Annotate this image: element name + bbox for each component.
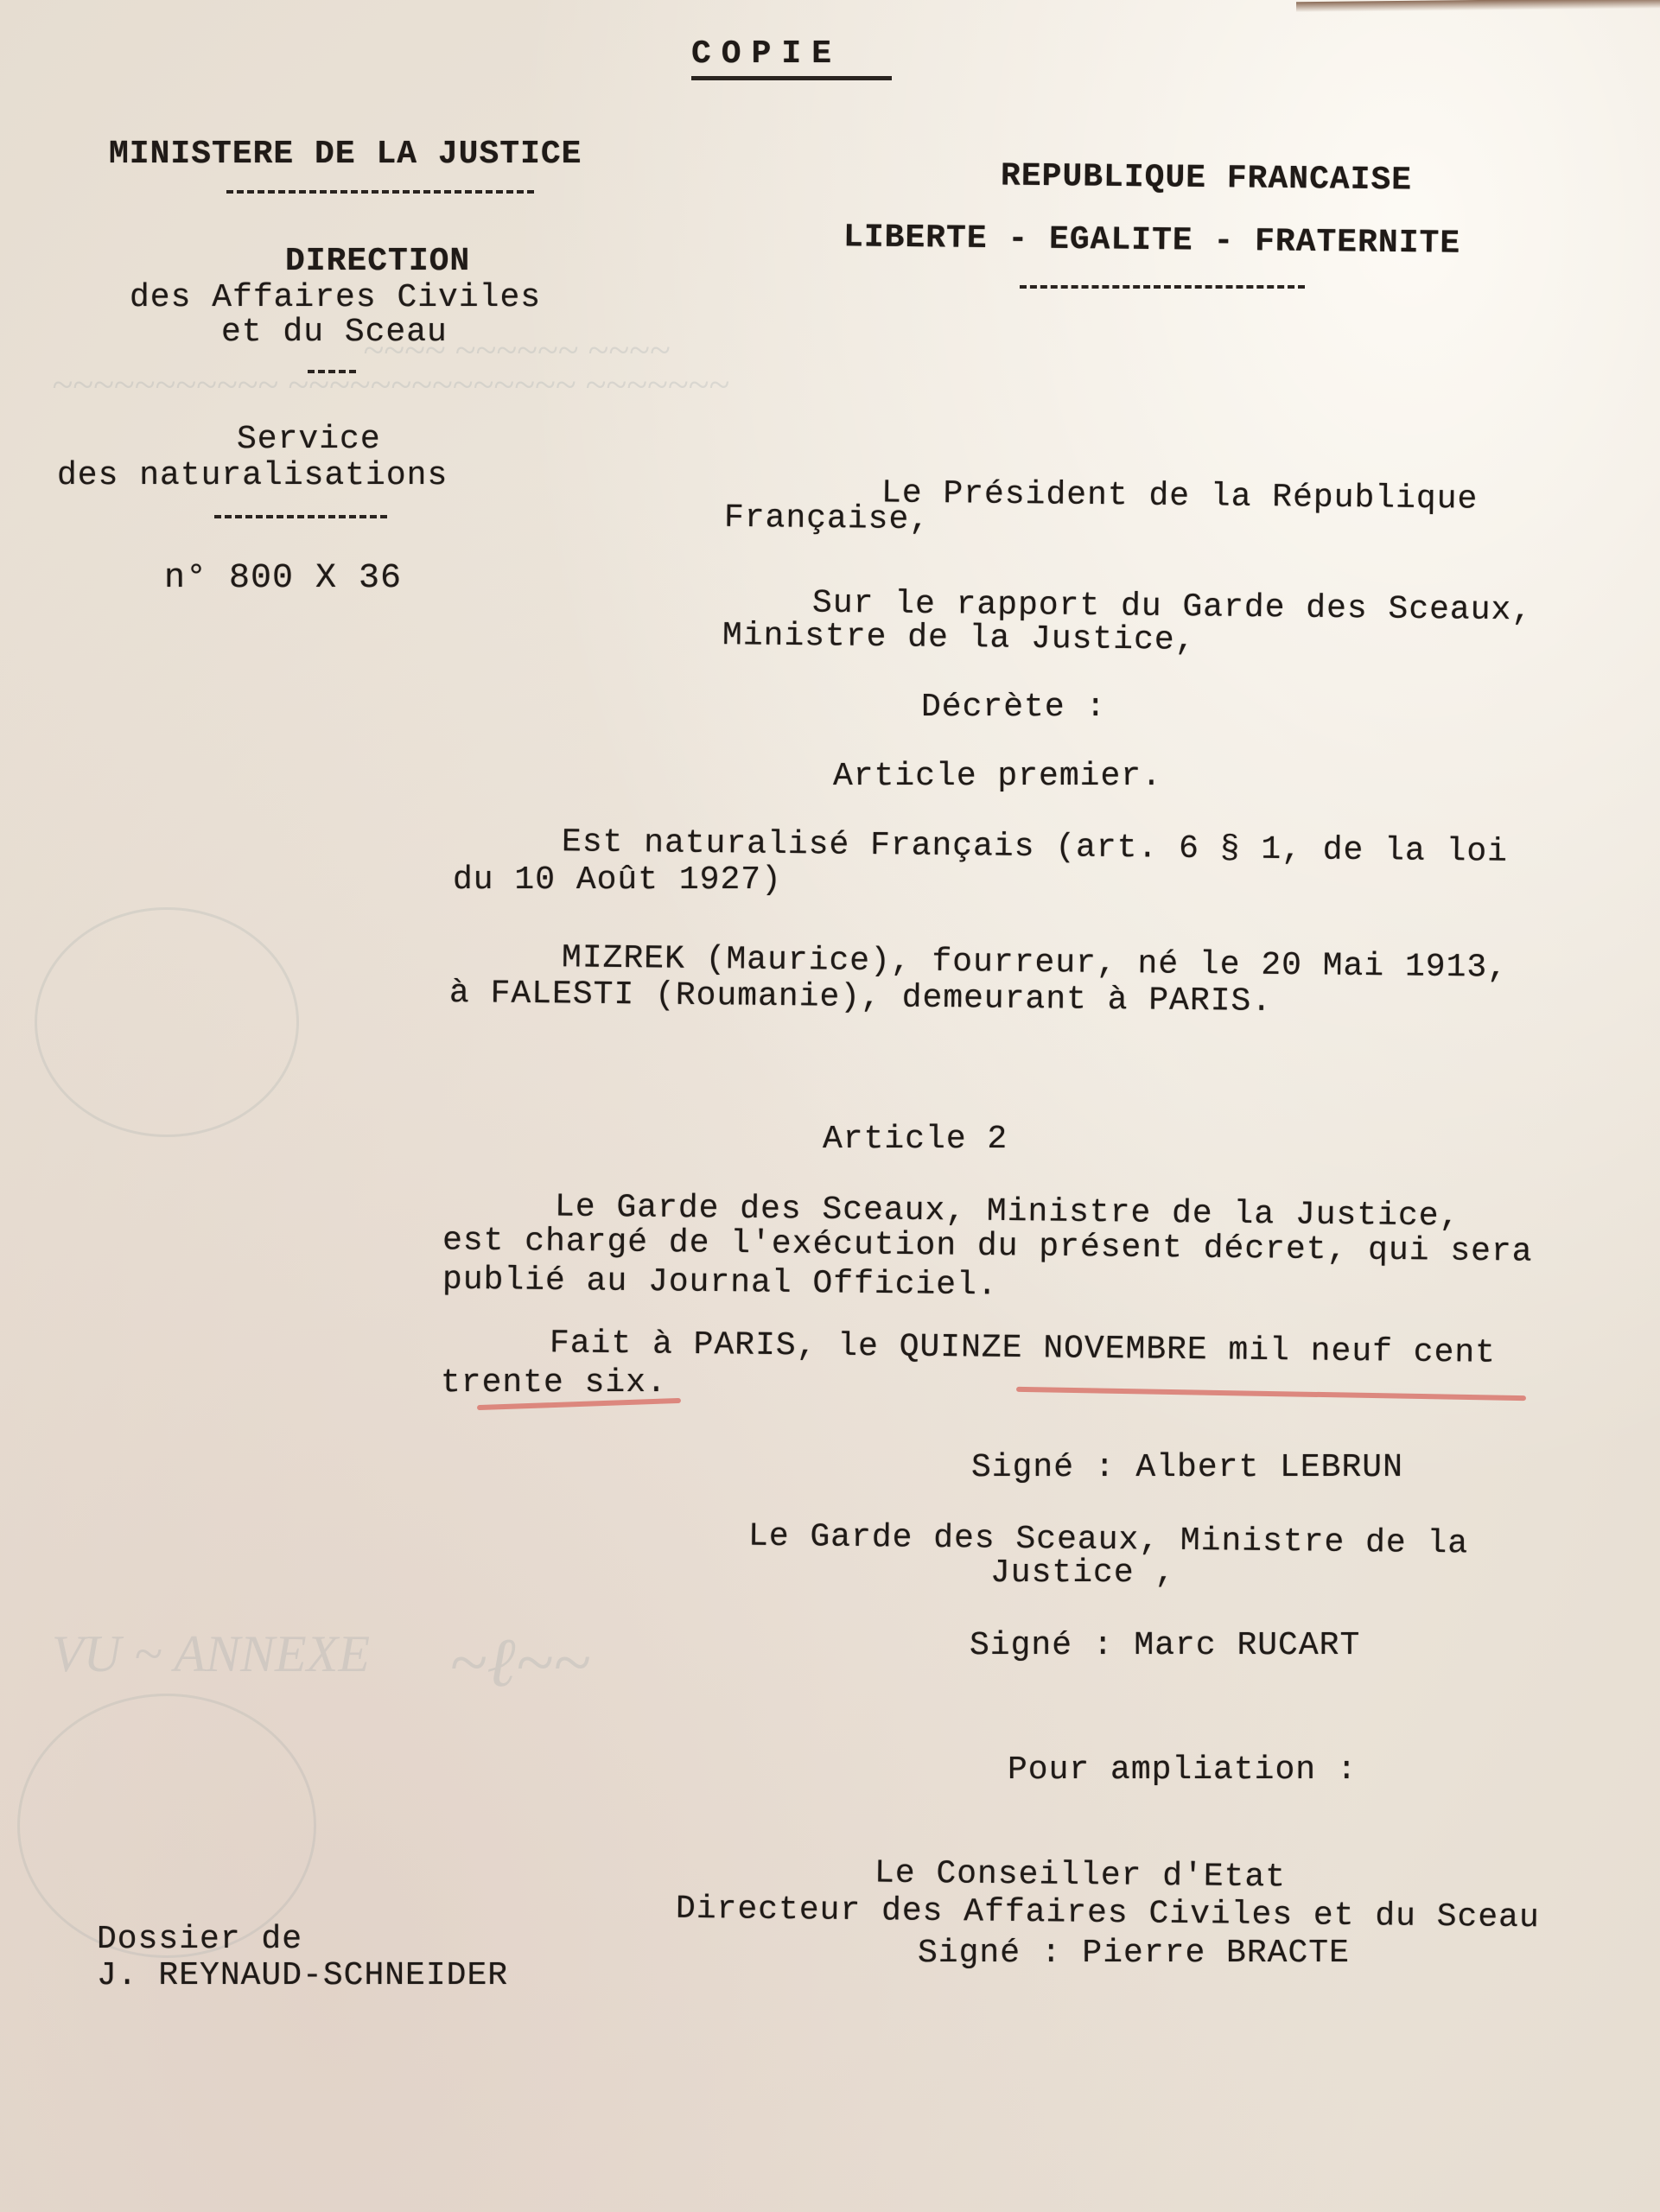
article1-text-line2: du 10 Août 1927)	[453, 864, 782, 897]
copy-underline	[691, 76, 892, 80]
faint-stamp	[17, 1694, 316, 1958]
copy-label: COPIE	[691, 38, 842, 71]
article1-title: Article premier.	[833, 760, 1162, 793]
dossier-line2: J. REYNAUD-SCHNEIDER	[97, 1960, 508, 1993]
preamble-line2: Française,	[724, 502, 930, 537]
direction-line3: et du Sceau	[221, 316, 448, 349]
president-signature: Signé : Albert LEBRUN	[971, 1452, 1403, 1484]
minister-signature: Signé : Marc RUCART	[970, 1630, 1360, 1662]
decrees-heading: Décrète :	[921, 691, 1106, 724]
direction-title: DIRECTION	[285, 245, 470, 278]
republic-name: REPUBLIQUE FRANCAISE	[1001, 161, 1412, 198]
paper-edge	[1296, 0, 1660, 12]
preamble-line1: Le Président de la République	[881, 477, 1479, 516]
done-at-line1: Fait à PARIS, le QUINZE NOVEMBRE mil neu…	[550, 1327, 1496, 1370]
divider	[308, 370, 356, 373]
divider	[1020, 285, 1305, 289]
republic-motto: LIBERTE - EGALITE - FRATERNITE	[843, 221, 1460, 260]
divider	[226, 190, 534, 194]
minister-title-line2: Justice ,	[990, 1557, 1175, 1590]
report-line2: Ministre de la Justice,	[722, 620, 1196, 658]
direction-line2: des Affaires Civiles	[130, 282, 541, 315]
done-at-line2: trente six.	[441, 1367, 667, 1400]
ampliation-label: Pour ampliation :	[1008, 1754, 1358, 1787]
divider	[214, 515, 387, 518]
ministry-name: MINISTERE DE LA JUSTICE	[109, 138, 582, 171]
service-line2: des naturalisations	[57, 460, 448, 493]
faint-stamp	[35, 907, 299, 1137]
article2-text-line3: publié au Journal Officiel.	[442, 1264, 998, 1303]
councillor-line2: Directeur des Affaires Civiles et du Sce…	[676, 1893, 1540, 1935]
article2-title: Article 2	[823, 1123, 1008, 1156]
red-pencil-underline	[1016, 1387, 1526, 1401]
reference-number: n° 800 X 36	[164, 562, 402, 596]
service-title: Service	[237, 423, 381, 456]
article1-person-line2: à FALESTI (Roumanie), demeurant à PARIS.	[449, 977, 1273, 1019]
document-page: ~~~~ ~~~~~~ ~~~~ ~~~~~~~~~~~ ~~~~~~~~~~~…	[0, 0, 1660, 2212]
councillor-line1: Le Conseiller d'Etat	[875, 1858, 1286, 1895]
bleed-through-signature: VU ~ ANNEXE	[52, 1624, 370, 1684]
councillor-signature: Signé : Pierre BRACTE	[918, 1937, 1350, 1970]
dossier-line1: Dossier de	[97, 1923, 302, 1956]
bleed-through-signature: ~ℓ~~	[449, 1624, 590, 1703]
bleed-through-text: ~~~~~~~~~~~ ~~~~~~~~~~~~~~ ~~~~~~~	[52, 363, 729, 407]
